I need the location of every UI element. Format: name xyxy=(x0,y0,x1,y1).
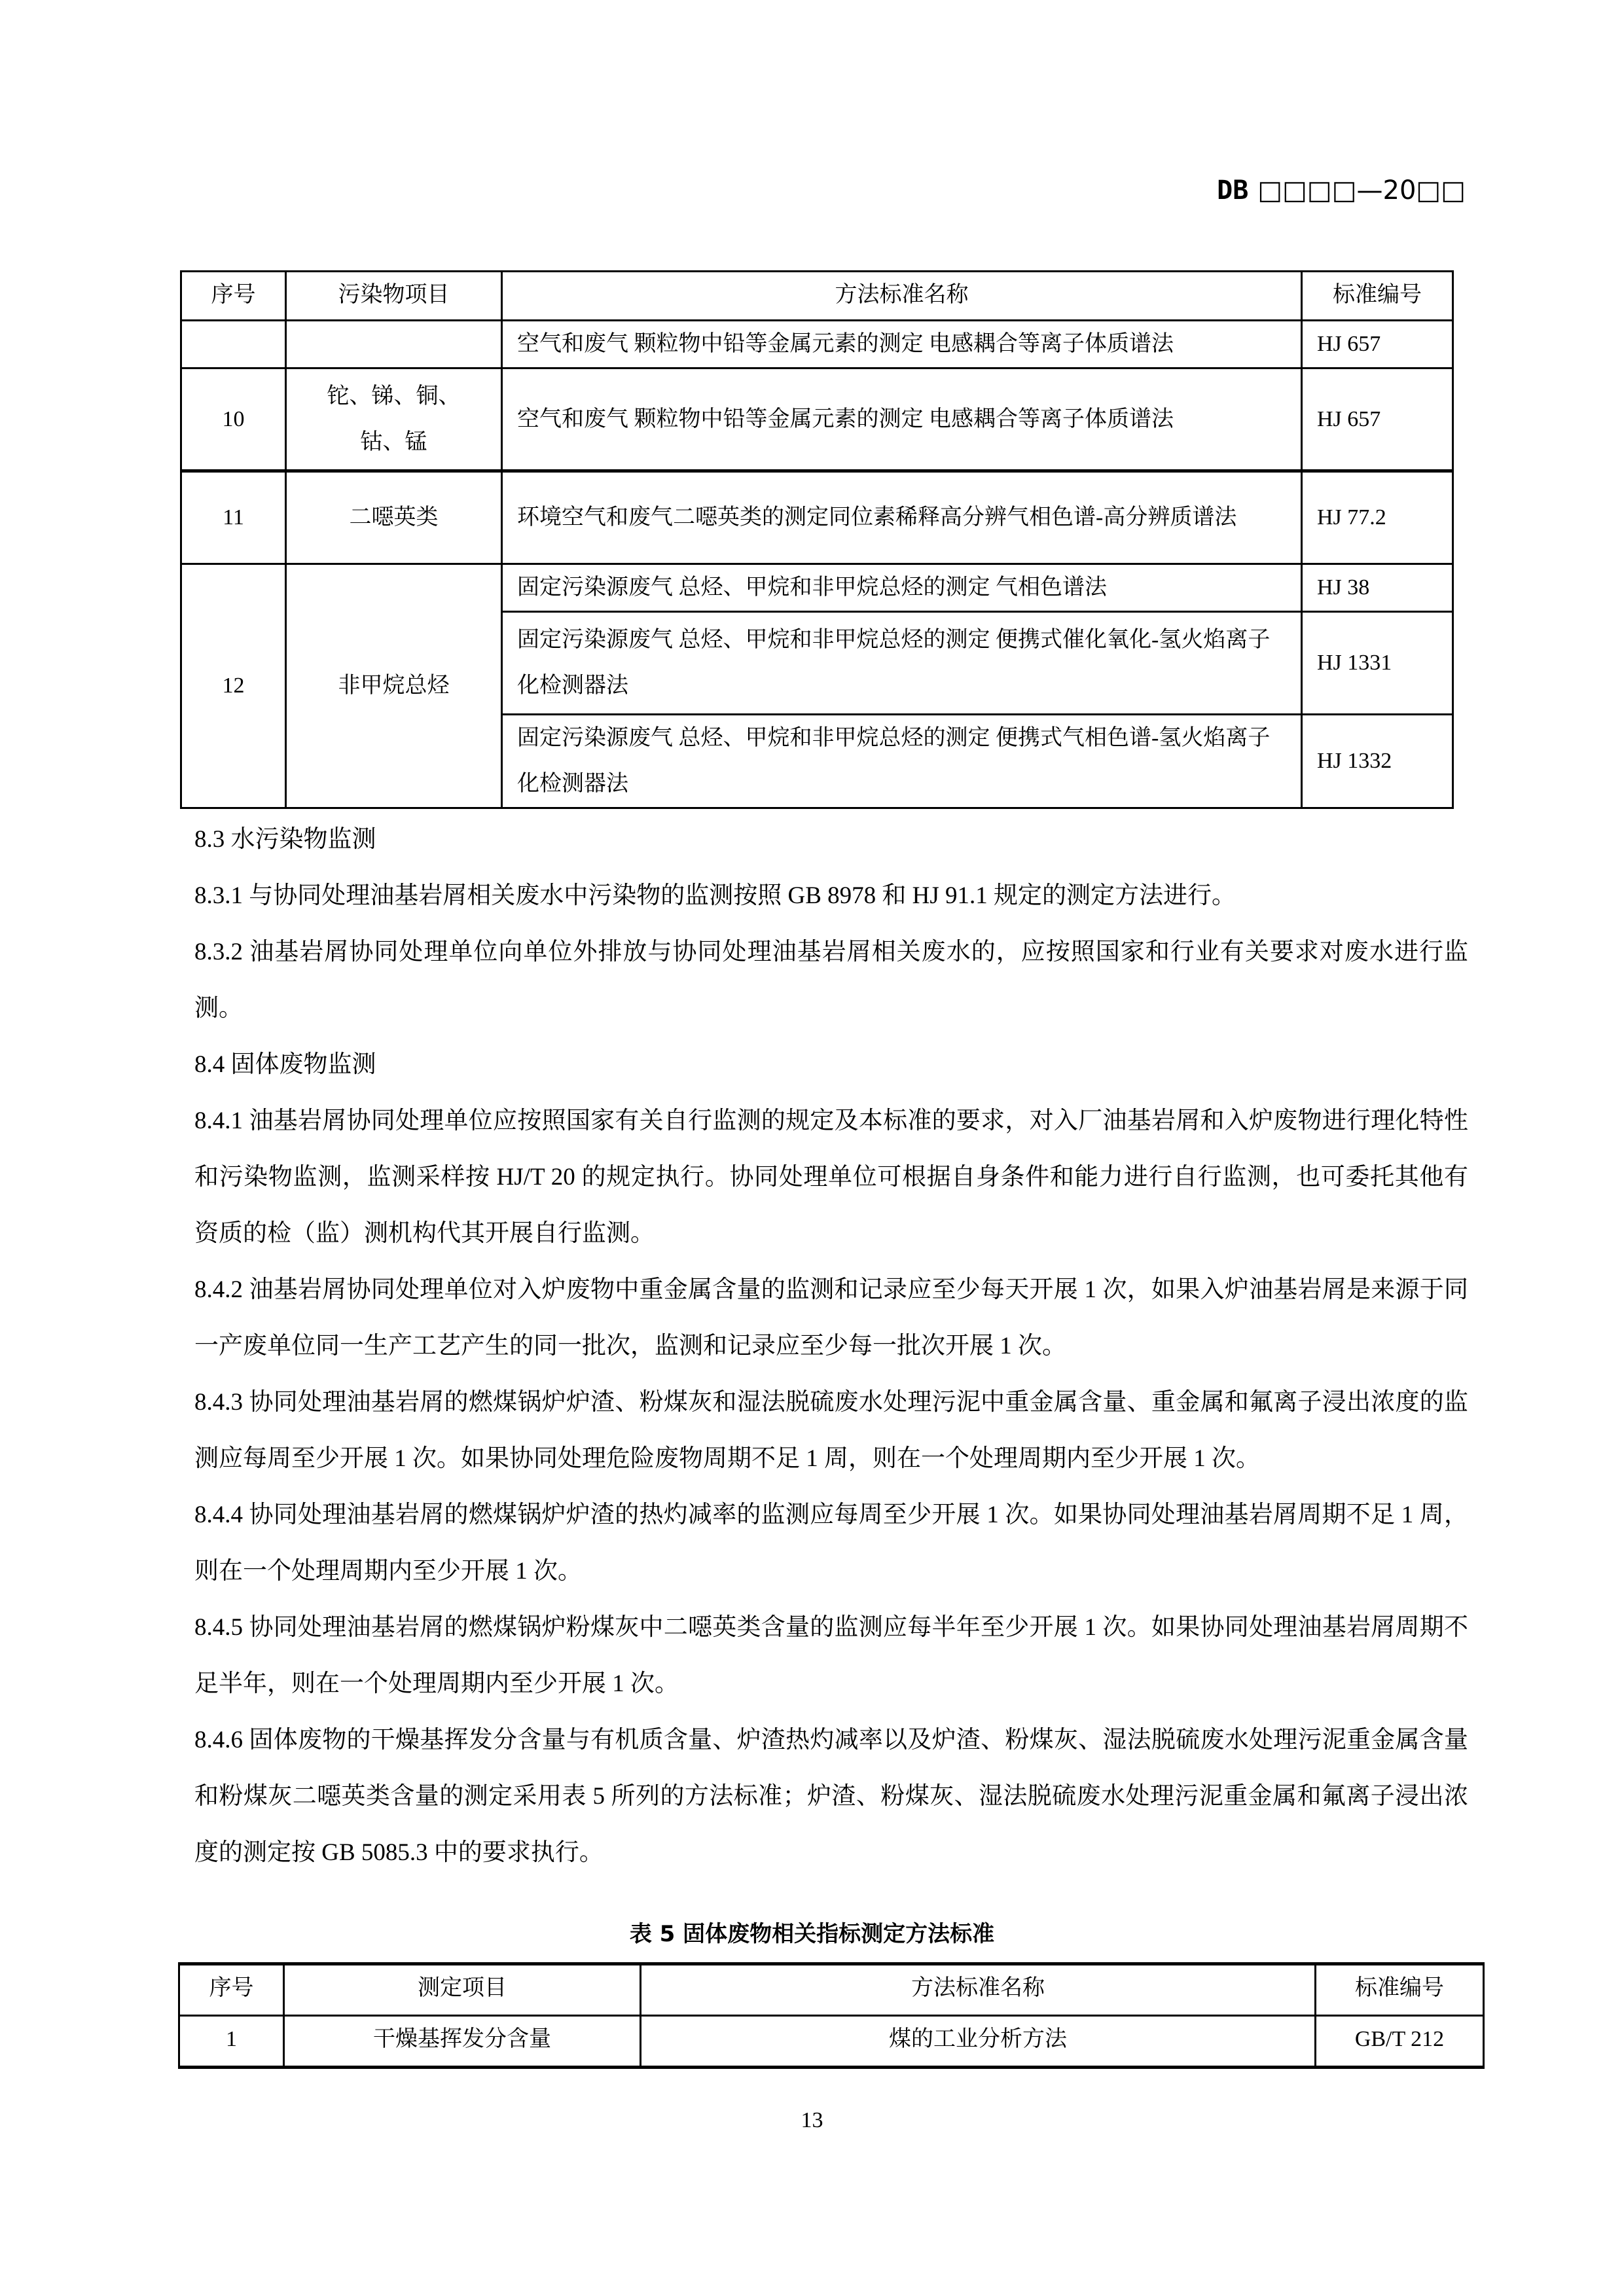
col-header-code: 标准编号 xyxy=(1302,272,1453,321)
clause-8-4-6: 8.4.6 固体废物的干燥基挥发分含量与有机质含量、炉渣热灼减率以及炉渣、粉煤灰… xyxy=(194,1712,1468,1881)
col-header-method: 方法标准名称 xyxy=(641,1964,1316,2016)
clause-8-4-4: 8.4.4 协同处理油基岩屑的燃煤锅炉炉渣的热灼减率的监测应每周至少开展 1 次… xyxy=(194,1487,1468,1600)
col-header-item: 污染物项目 xyxy=(286,272,502,321)
table-row: 12 非甲烷总烃 固定污染源废气 总烃、甲烷和非甲烷总烃的测定 气相色谱法 HJ… xyxy=(181,564,1453,612)
clause-8-4-3: 8.4.3 协同处理油基岩屑的燃煤锅炉炉渣、粉煤灰和湿法脱硫废水处理污泥中重金属… xyxy=(194,1374,1468,1487)
table-row: 10 铊、锑、铜、钴、锰 空气和废气 颗粒物中铅等金属元素的测定 电感耦合等离子… xyxy=(181,368,1453,471)
cell-no xyxy=(181,321,286,368)
cell-item xyxy=(286,321,502,368)
cell-method: 环境空气和废气二噁英类的测定同位素稀释高分辨气相色谱-高分辨质谱法 xyxy=(502,471,1302,564)
cell-item: 干燥基挥发分含量 xyxy=(284,2016,641,2068)
cell-code: HJ 657 xyxy=(1302,321,1453,368)
cell-item: 铊、锑、铜、钴、锰 xyxy=(286,368,502,471)
table-row: 1 干燥基挥发分含量 煤的工业分析方法 GB/T 212 xyxy=(179,2016,1484,2068)
clause-8-4-5: 8.4.5 协同处理油基岩屑的燃煤锅炉粉煤灰中二噁英类含量的监测应每半年至少开展… xyxy=(194,1600,1468,1712)
cell-code: GB/T 212 xyxy=(1316,2016,1484,2068)
table-header-row: 序号 测定项目 方法标准名称 标准编号 xyxy=(179,1964,1484,2016)
cell-no: 1 xyxy=(179,2016,284,2068)
cell-code: HJ 38 xyxy=(1302,564,1453,612)
cell-no: 12 xyxy=(181,564,286,808)
page-number: 13 xyxy=(0,2101,1624,2140)
cell-code: HJ 657 xyxy=(1302,368,1453,471)
cell-no: 11 xyxy=(181,471,286,564)
section-heading-8-4: 8.4 固体废物监测 xyxy=(194,1037,1468,1093)
cell-method: 煤的工业分析方法 xyxy=(641,2016,1316,2068)
cell-method: 固定污染源废气 总烃、甲烷和非甲烷总烃的测定 便携式气相色谱-氢火焰离子化检测器… xyxy=(502,715,1302,808)
solid-waste-methods-table: 序号 测定项目 方法标准名称 标准编号 1 干燥基挥发分含量 煤的工业分析方法 … xyxy=(178,1962,1485,2069)
section-heading-8-3: 8.3 水污染物监测 xyxy=(194,812,1468,868)
doc-number: □□□□—20□□ xyxy=(1257,175,1466,206)
col-header-no: 序号 xyxy=(181,272,286,321)
table5-caption: 表 5 固体废物相关指标测定方法标准 xyxy=(0,1911,1624,1957)
col-header-code: 标准编号 xyxy=(1316,1964,1484,2016)
clause-8-4-1: 8.4.1 油基岩屑协同处理单位应按照国家有关自行监测的规定及本标准的要求，对入… xyxy=(194,1093,1468,1262)
pollutant-methods-table: 序号 污染物项目 方法标准名称 标准编号 空气和废气 颗粒物中铅等金属元素的测定… xyxy=(180,270,1454,809)
table-row: 11 二噁英类 环境空气和废气二噁英类的测定同位素稀释高分辨气相色谱-高分辨质谱… xyxy=(181,471,1453,564)
table-row: 空气和废气 颗粒物中铅等金属元素的测定 电感耦合等离子体质谱法 HJ 657 xyxy=(181,321,1453,368)
clause-8-4-2: 8.4.2 油基岩屑协同处理单位对入炉废物中重金属含量的监测和记录应至少每天开展… xyxy=(194,1262,1468,1374)
doc-prefix: DB xyxy=(1217,175,1248,206)
clause-8-3-2: 8.3.2 油基岩屑协同处理单位向单位外排放与协同处理油基岩屑相关废水的，应按照… xyxy=(194,924,1468,1037)
col-header-no: 序号 xyxy=(179,1964,284,2016)
cell-code: HJ 1331 xyxy=(1302,612,1453,715)
col-header-item: 测定项目 xyxy=(284,1964,641,2016)
cell-item: 非甲烷总烃 xyxy=(286,564,502,808)
cell-item: 二噁英类 xyxy=(286,471,502,564)
cell-method: 空气和废气 颗粒物中铅等金属元素的测定 电感耦合等离子体质谱法 xyxy=(502,321,1302,368)
document-code-header: DB□□□□—20□□ xyxy=(1217,175,1466,206)
table-header-row: 序号 污染物项目 方法标准名称 标准编号 xyxy=(181,272,1453,321)
cell-method: 固定污染源废气 总烃、甲烷和非甲烷总烃的测定 便携式催化氧化-氢火焰离子化检测器… xyxy=(502,612,1302,715)
cell-method: 固定污染源废气 总烃、甲烷和非甲烷总烃的测定 气相色谱法 xyxy=(502,564,1302,612)
clause-8-3-1: 8.3.1 与协同处理油基岩屑相关废水中污染物的监测按照 GB 8978 和 H… xyxy=(194,868,1468,924)
cell-code: HJ 77.2 xyxy=(1302,471,1453,564)
body-text: 8.3 水污染物监测 8.3.1 与协同处理油基岩屑相关废水中污染物的监测按照 … xyxy=(194,812,1468,1881)
cell-code: HJ 1332 xyxy=(1302,715,1453,808)
cell-method: 空气和废气 颗粒物中铅等金属元素的测定 电感耦合等离子体质谱法 xyxy=(502,368,1302,471)
cell-no: 10 xyxy=(181,368,286,471)
col-header-method: 方法标准名称 xyxy=(502,272,1302,321)
